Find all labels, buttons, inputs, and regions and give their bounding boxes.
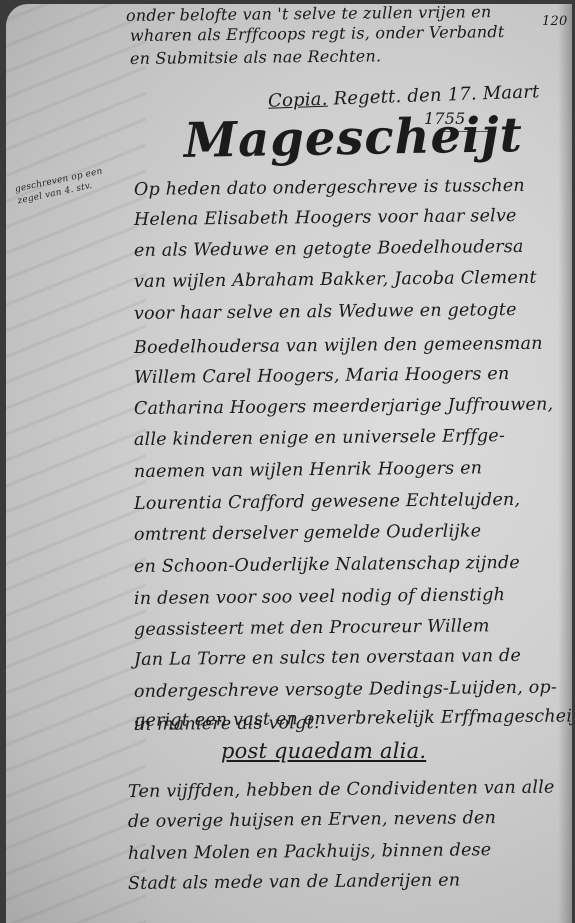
page-edge-shadow bbox=[558, 4, 572, 923]
text-line: en Submitsie als nae Rechten. bbox=[130, 46, 381, 68]
text-line: alle kinderen enige en universele Erffge… bbox=[134, 426, 505, 450]
page-title: Magescheijt bbox=[184, 107, 524, 169]
text-line: geassisteert met den Procureur Willem bbox=[134, 616, 490, 640]
text-line: Jan La Torre en sulcs ten overstaan van … bbox=[134, 646, 521, 670]
text-line: ondergeschreve versogte Dedings-Luijden,… bbox=[134, 678, 557, 702]
section-heading: post quaedam alia. bbox=[221, 739, 426, 763]
manuscript-page: 120 onder belofte van 't selve te zullen… bbox=[6, 4, 572, 923]
text-line: omtrent derselver gemelde Ouderlijke bbox=[134, 521, 482, 545]
registration-date: Regett. den 17. Maart bbox=[333, 81, 540, 109]
text-line: en Schoon-Ouderlijke Nalatenschap zijnde bbox=[134, 553, 520, 577]
text-line: in maniere als volgt. bbox=[134, 713, 320, 735]
copia-label: Copia. bbox=[268, 89, 328, 112]
text-line: van wijlen Abraham Bakker, Jacoba Clemen… bbox=[134, 268, 537, 292]
text-line: wharen als Erffcoops regt is, onder Verb… bbox=[130, 22, 505, 45]
text-line: Lourentia Crafford gewesene Echtelujden, bbox=[134, 490, 520, 514]
text-line: Catharina Hoogers meerderjarige Juffrouw… bbox=[134, 395, 553, 419]
text-line: naemen van wijlen Henrik Hoogers en bbox=[134, 458, 482, 482]
text-line: Willem Carel Hoogers, Maria Hoogers en bbox=[134, 364, 510, 388]
text-line: in desen voor soo veel nodig of dienstig… bbox=[134, 585, 505, 609]
text-line: voor haar selve en als Weduwe en getogte bbox=[134, 300, 517, 324]
page-number: 120 bbox=[542, 14, 567, 29]
text-line: Helena Elisabeth Hoogers voor haar selve bbox=[134, 206, 517, 230]
text-line: en als Weduwe en getogte Boedelhoudersa bbox=[134, 237, 524, 261]
text-line: Op heden dato ondergeschreve is tusschen bbox=[134, 176, 525, 200]
bleed-through-text bbox=[6, 4, 146, 923]
text-line: Ten vijffden, hebben de Condividenten va… bbox=[128, 778, 555, 802]
text-line: Boedelhoudersa van wijlen den gemeensman bbox=[134, 334, 543, 358]
text-line: halven Molen en Packhuijs, binnen dese bbox=[128, 840, 492, 864]
text-line: Stadt als mede van de Landerijen en bbox=[128, 871, 460, 894]
text-line: de overige huijsen en Erven, nevens den bbox=[128, 808, 496, 832]
